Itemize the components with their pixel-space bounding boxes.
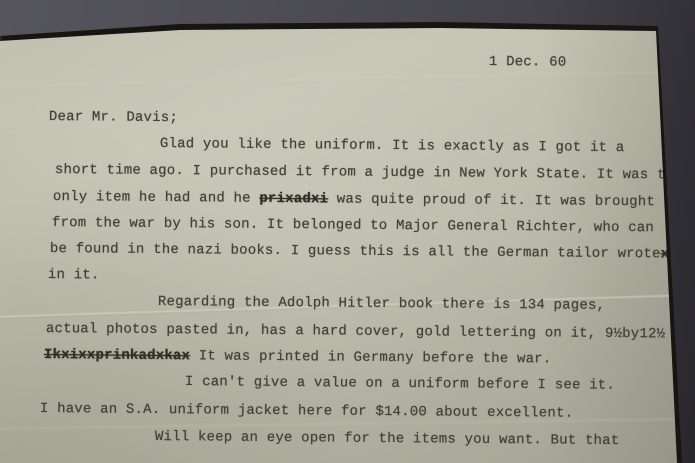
line-text: I can't give a value on a uniform before… (185, 374, 615, 394)
letter-line: actual photos pasted in, has a hard cove… (46, 321, 665, 342)
line-text: It was printed in Germany before the war… (190, 348, 551, 367)
letter-line: Glad you like the uniform. It is exactly… (160, 136, 625, 156)
line-text: only item he had and he (53, 189, 260, 207)
line-text: in it. (48, 267, 100, 283)
letter-line: Ikxixxprinkadxkax It was printed in Germ… (44, 347, 552, 367)
line-text: from the war by his son. It belonged to … (52, 215, 654, 236)
letter-photo: 1 Dec. 60 Dear Mr. Davis; Glad you like … (0, 0, 695, 463)
struck-text: Ikxixxprinkadxkax (44, 347, 190, 364)
line-text: I have an S.A. uniform jacket here for $… (40, 401, 573, 422)
line-text: short time ago. I purchased it from a ju… (55, 162, 683, 183)
letter-line: in it. (48, 267, 100, 283)
date-line: 1 Dec. 60 (489, 54, 567, 71)
line-text: Will keep an eye open for the items you … (155, 429, 620, 449)
letter-line: only item he had and he prixadxi was qui… (53, 189, 695, 211)
line-text: be found in the nazi books. I guess this… (50, 241, 661, 262)
fold-crease-top (0, 70, 695, 88)
letter-line: from the war by his son. It belonged to … (52, 215, 654, 236)
salutation-line: Dear Mr. Davis; (49, 109, 178, 126)
line-text: Glad you like the uniform. It is exactly… (160, 136, 625, 156)
letter-line: I can't give a value on a uniform before… (185, 374, 615, 394)
line-text: actual photos pasted in, has a hard cove… (46, 321, 665, 342)
letter-line: be found in the nazi books. I guess this… (50, 241, 669, 262)
fold-crease-bottom (0, 418, 695, 431)
letter-paper: 1 Dec. 60 Dear Mr. Davis; Glad you like … (0, 0, 695, 463)
line-text: was quite proud of it. It was brought ba… (328, 191, 695, 210)
letter-line: Will keep an eye open for the items you … (155, 429, 620, 449)
struck-text: prixadxi (259, 191, 328, 208)
line-text: Regarding the Adolph Hitler book there i… (158, 294, 605, 314)
letter-line: short time ago. I purchased it from a ju… (55, 162, 683, 183)
letter-line: I have an S.A. uniform jacket here for $… (40, 401, 573, 422)
letter-line: Regarding the Adolph Hitler book there i… (158, 294, 605, 314)
